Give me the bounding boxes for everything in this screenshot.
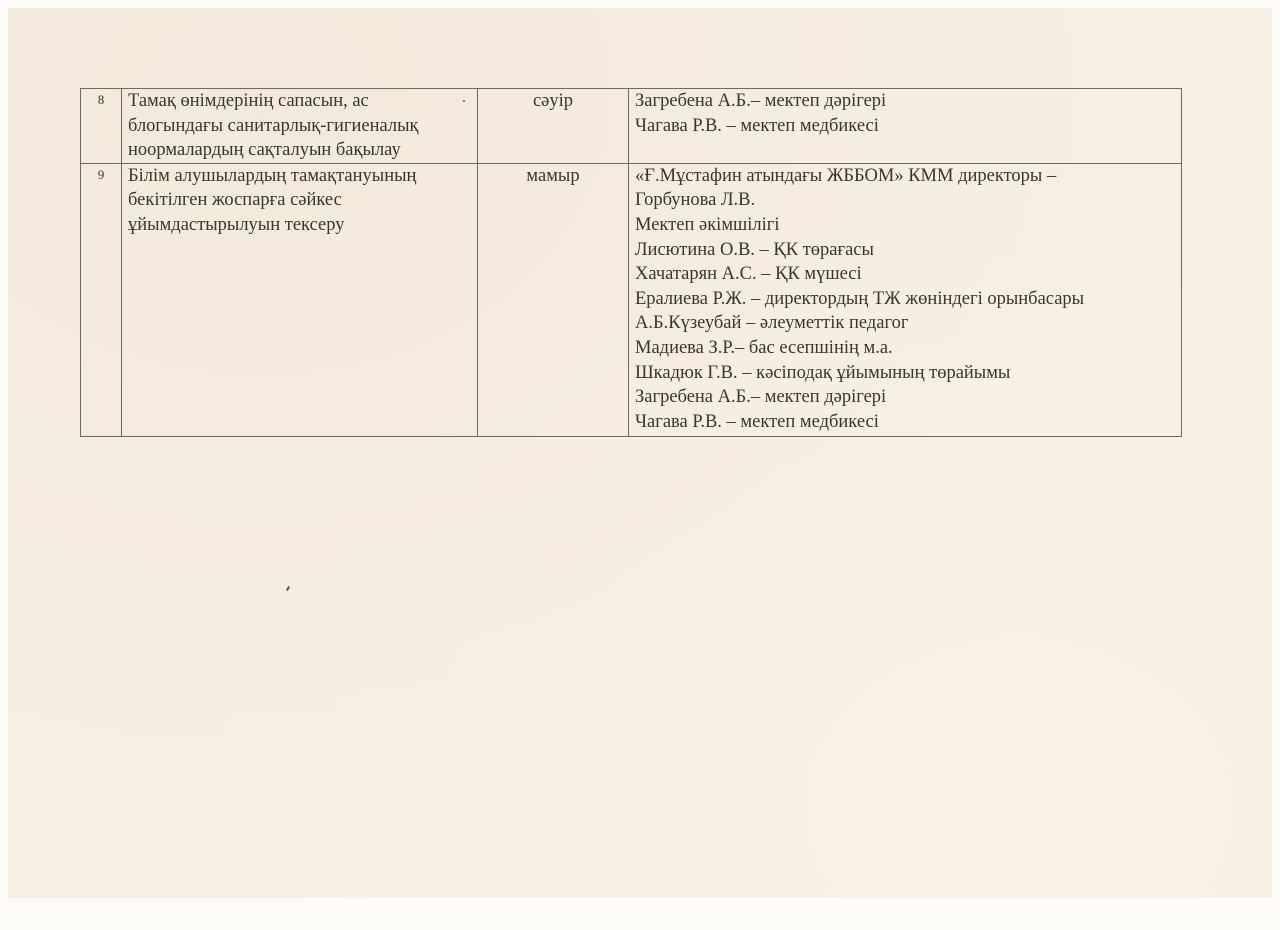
responsible-cell: Загребена А.Б.– мектеп дәрігері Чагава Р… [629,89,1182,164]
responsible-line: Загребена А.Б.– мектеп дәрігері [635,89,1175,114]
row-number: 8 [81,89,122,164]
row-number: 9 [81,163,122,436]
responsible-line: Лисютина О.В. – ҚК төрағасы [635,238,1175,263]
responsible-line: Шкадюк Г.В. – кәсіподақ ұйымының төрайым… [635,361,1175,386]
responsible-line: Ералиева Р.Ж. – директордың ТЖ жөніндегі… [635,287,1175,312]
responsible-line: Мадиева З.Р.– бас есепшінің м.а. [635,336,1175,361]
responsible-line: Загребена А.Б.– мектеп дәрігері [635,385,1175,410]
task-line: ұйымдастырылуын тексеру [128,213,471,238]
table-row: 8 Тамақ өнімдерінің сапасын, ас блогында… [81,89,1182,164]
table-row: 9 Білім алушылардың тамақтануының бекіті… [81,163,1182,436]
task-line: бекітілген жоспарға сәйкес [128,188,471,213]
responsible-line: «Ғ.Мұстафин атындағы ЖББОМ» КММ директор… [635,164,1175,189]
task-line: Тамақ өнімдерінің сапасын, ас [128,89,471,114]
responsible-line: Мектеп әкімшілігі [635,213,1175,238]
task-cell: Білім алушылардың тамақтануының бекітілг… [122,163,478,436]
responsible-line: Хачатарян А.С. – ҚК мүшесі [635,262,1175,287]
responsible-line: Чагава Р.В. – мектеп медбикесі [635,410,1175,435]
date-cell: сәуір [478,89,629,164]
date-cell: мамыр [478,163,629,436]
task-line: блогындағы санитарлық-гигиеналық [128,114,471,139]
responsible-line: А.Б.Күзеубай – әлеуметтік педагог [635,311,1175,336]
responsible-cell: «Ғ.Мұстафин атындағы ЖББОМ» КММ директор… [629,163,1182,436]
responsible-line: Горбунова Л.В. [635,188,1175,213]
task-cell: Тамақ өнімдерінің сапасын, ас блогындағы… [122,89,478,164]
task-line: Білім алушылардың тамақтануының [128,164,471,189]
plan-table: 8 Тамақ өнімдерінің сапасын, ас блогында… [80,88,1182,437]
task-line: ноормалардың сақталуын бақылау [128,138,471,163]
responsible-line: Чагава Р.В. – мектеп медбикесі [635,114,1175,139]
